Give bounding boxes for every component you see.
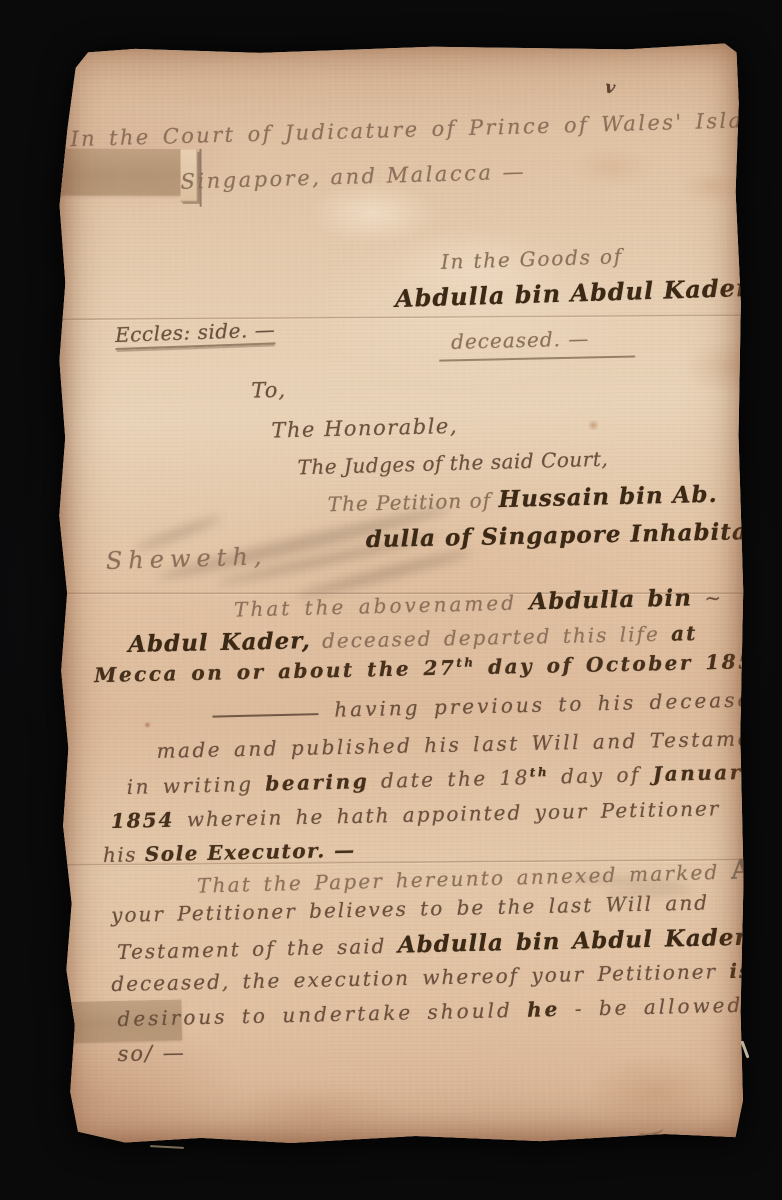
body-line: so/ — xyxy=(117,1041,186,1066)
leader-line xyxy=(212,713,318,718)
text-segment: is xyxy=(729,959,752,983)
body-line: his Sole Executor. — xyxy=(103,838,356,867)
body-line: in writing bearing date the 18th day of … xyxy=(126,760,757,799)
body-line: deceased, the execution whereof your Pet… xyxy=(111,959,752,996)
text-segment: wherein he hath appointed your Petitione… xyxy=(174,796,720,831)
body-line: desirous to undertake should he - be all… xyxy=(117,993,743,1031)
annexure-mark-A: A xyxy=(731,854,753,886)
body-line: That the abovenamed Abdulla bin ~ xyxy=(234,584,725,623)
fold-crease xyxy=(53,314,745,321)
sheweth-heading: Sheweth, xyxy=(105,542,267,575)
address-judges: The Judges of the said Court, xyxy=(297,447,608,480)
caption-deceased-label: deceased. — xyxy=(451,326,590,353)
paper-shadow-wrap: v In the Court of Judicature of Prince o… xyxy=(0,0,782,1200)
court-header-line2: Singapore, and Malacca — xyxy=(180,160,526,194)
text-segment: Sole Executor. — xyxy=(145,838,356,866)
body-line: made and published his last Will and Tes… xyxy=(156,726,778,763)
caption-in-the-goods-of: In the Goods of xyxy=(440,244,623,274)
text-segment: deceased, the execution whereof your Pet… xyxy=(111,959,730,996)
text-segment: January xyxy=(652,760,757,787)
document-scan: v In the Court of Judicature of Prince o… xyxy=(0,0,782,1200)
text-segment: That the abovenamed xyxy=(234,590,530,621)
text-segment: at xyxy=(671,621,698,646)
text-segment: bearing xyxy=(265,769,369,796)
text-segment: having previous to his decease xyxy=(334,687,752,721)
body-line: 1854 wherein he hath appointed your Peti… xyxy=(111,796,721,833)
ordinal-superscript: th xyxy=(456,655,476,669)
address-honorable: The Honorable, xyxy=(271,414,458,443)
petitioner-name-part2: dulla of Singapore Inhabitant xyxy=(366,518,778,554)
address-to: To, xyxy=(251,378,286,403)
paper-sheet: v In the Court of Judicature of Prince o… xyxy=(52,37,748,1147)
text-segment: Abdulla bin xyxy=(529,584,692,615)
petition-of-text: The Petition of xyxy=(327,488,498,516)
side-note-eccles: Eccles: side. — xyxy=(115,317,276,347)
line-filler-flourish: ~ xyxy=(692,586,725,611)
deceased-name-text: Abdulla bin Abdul Kader xyxy=(395,273,750,313)
text-segment: he xyxy=(527,997,561,1022)
petitioner-name-line2: dulla of Singapore Inhabitant xyxy=(366,518,778,554)
petitioner-name-part1: Hussain bin Ab. xyxy=(498,481,718,513)
body-line: having previous to his decease xyxy=(212,687,752,724)
text-segment: Abdulla bin Abdul Kader xyxy=(397,924,747,959)
body-line: Testament of the said Abdulla bin Abdul … xyxy=(117,924,748,965)
caption-deceased-name: Abdulla bin Abdul Kader xyxy=(395,273,750,313)
tape-repair-top xyxy=(58,149,180,195)
petition-of-line: The Petition of Hussain bin Ab. xyxy=(327,481,718,518)
text-segment: Testament of the said xyxy=(117,934,398,964)
court-header-line1: In the Court of Judicature of Prince of … xyxy=(70,107,782,151)
pencil-squiggle xyxy=(652,1128,669,1137)
text-segment: his xyxy=(103,842,145,867)
text-segment: day of xyxy=(549,762,653,789)
text-segment: - be allowed xyxy=(560,993,743,1021)
text-segment: Abdul Kader, xyxy=(128,627,311,658)
folio-mark: v xyxy=(604,77,617,98)
text-segment: deceased departed this life xyxy=(310,622,671,654)
caption-underline-rule xyxy=(439,355,635,361)
side-note-text: Eccles: side. — xyxy=(115,317,276,350)
text-segment: Mecca on or about the 27 xyxy=(94,655,457,687)
text-segment: day of October 1854 xyxy=(475,649,771,679)
text-segment: date the 18 xyxy=(369,765,530,793)
text-segment: 1854 xyxy=(111,808,175,833)
text-segment: in writing xyxy=(126,772,265,799)
text-segment: . xyxy=(752,859,761,883)
ordinal-superscript: th xyxy=(530,765,550,779)
